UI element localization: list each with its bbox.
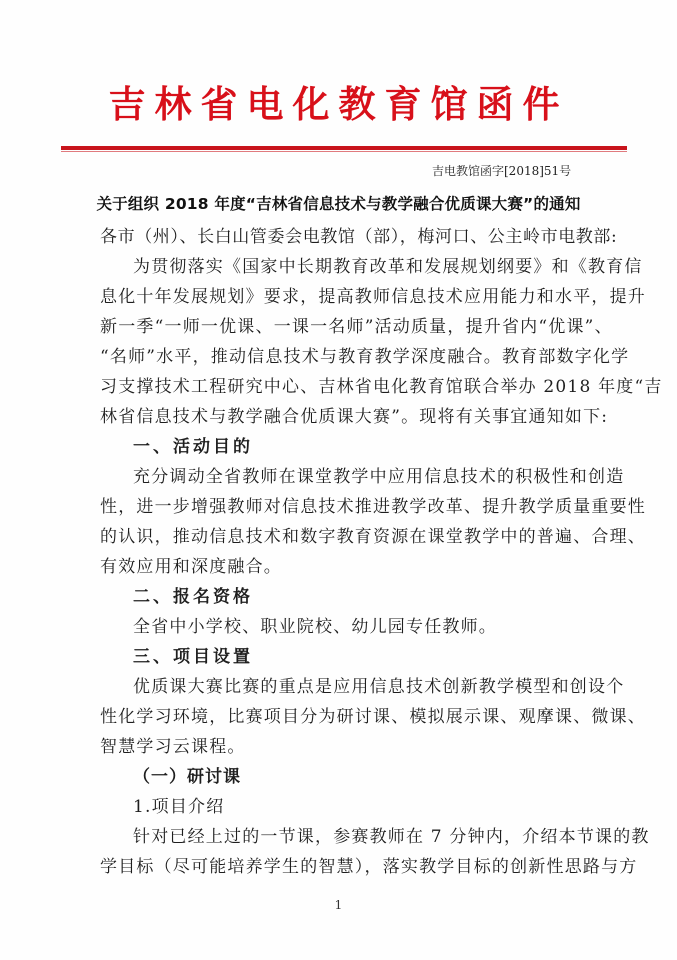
section-heading-purpose: 一、活动目的 — [133, 432, 253, 457]
letterhead-divider-thin — [61, 151, 627, 152]
section-heading-eligibility: 二、报名资格 — [133, 582, 253, 607]
intro-line: “名师”水平，推动信息技术与教育教学深度融合。教育部数字化学 — [100, 342, 629, 367]
page-number: 1 — [0, 898, 677, 912]
section-line: 智慧学习云课程。 — [100, 732, 246, 757]
letterhead-divider-thick — [61, 146, 627, 150]
document-title: 关于组织 2018 年度“吉林省信息技术与教学融合优质课大赛”的通知 — [0, 193, 677, 215]
document-number: 吉电教馆函字[2018]51号 — [432, 162, 571, 180]
intro-line: 习支撑技术工程研究中心、吉林省电化教育馆联合举办 2018 年度“吉 — [100, 372, 663, 397]
section-heading-projects: 三、项目设置 — [133, 642, 253, 667]
subsection-line: 针对已经上过的一节课，参赛教师在 7 分钟内，介绍本节课的教 — [133, 822, 650, 847]
intro-line: 息化十年发展规划》要求，提高教师信息技术应用能力和水平，提升 — [100, 282, 646, 307]
section-line: 充分调动全省教师在课堂教学中应用信息技术的积极性和创造 — [133, 462, 624, 487]
section-line: 优质课大赛比赛的重点是应用信息技术创新教学模型和创设个 — [133, 672, 624, 697]
subsection-heading: （一）研讨课 — [133, 762, 241, 787]
section-line: 性化学习环境，比赛项目分为研讨课、模拟展示课、观摩课、微课、 — [100, 702, 646, 727]
section-line: 有效应用和深度融合。 — [100, 552, 282, 577]
item-heading: 1.项目介绍 — [133, 792, 224, 817]
section-line: 性，进一步增强教师对信息技术推进教学改革、提升教学质量重要性 — [100, 492, 646, 517]
intro-line: 林省信息技术与教学融合优质课大赛”。现将有关事宜通知如下: — [100, 402, 608, 427]
section-line: 的认识，推动信息技术和数字教育资源在课堂教学中的普遍、合理、 — [100, 522, 646, 547]
section-line: 全省中小学校、职业院校、幼儿园专任教师。 — [133, 612, 497, 637]
subsection-line: 学目标（尽可能培养学生的智慧），落实教学目标的创新性思路与方 — [100, 852, 638, 877]
addressee: 各市（州）、长白山管委会电教馆（部），梅河口、公主岭市电教部: — [100, 222, 617, 247]
letterhead-title: 吉林省电化教育馆函件 — [0, 83, 677, 127]
intro-line: 新一季“一师一优课、一课一名师”活动质量，提升省内“优课”、 — [100, 312, 613, 337]
intro-line: 为贯彻落实《国家中长期教育改革和发展规划纲要》和《教育信 — [133, 252, 643, 277]
document-page: 吉林省电化教育馆函件 吉电教馆函字[2018]51号 关于组织 2018 年度“… — [0, 0, 677, 960]
